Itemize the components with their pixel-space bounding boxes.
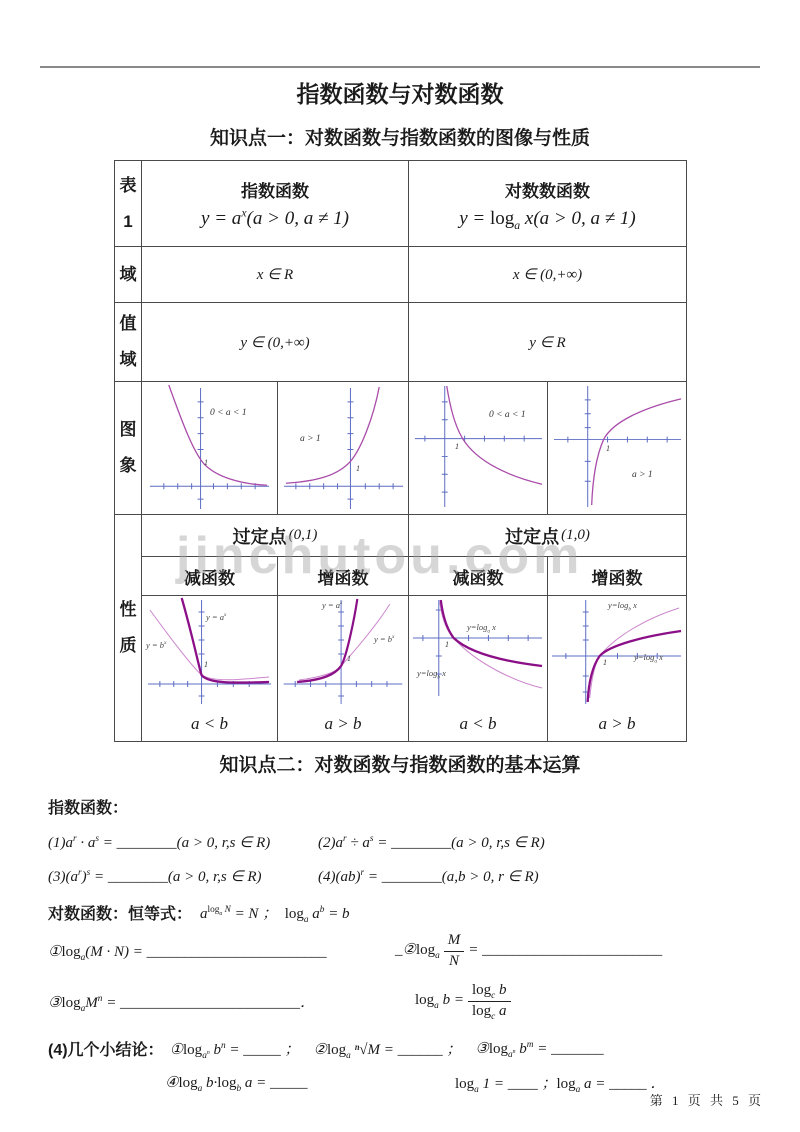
compare-caption: a < b [409,714,547,734]
curve-label-thick: y=loga x [634,652,663,662]
fixed-point-log-value: (1,0) [561,527,590,544]
conclusion-5: loga 1 = ____ ；loga a = _____ ． [455,1072,665,1093]
log-compare-plot [409,596,547,708]
fraction-denominator: N [444,952,465,970]
graph-annotation: a > 1 [300,434,321,444]
row-label-range: 值域 [114,302,141,381]
log-decreasing-plot [409,382,547,514]
log-quotient-pre: _②loga [395,942,440,958]
exp-rule-line-2: (3)(ar)s = ________(a > 0, r,s ∈ R) (4)(… [48,862,539,890]
curve-label-thick: y=loga x [467,622,496,632]
log-title: 对数数函数 [505,177,590,202]
log-domain: x ∈ (0,+∞) [408,246,686,302]
exp-domain: x ∈ R [141,246,408,302]
graph-annotation: a > 1 [632,470,653,480]
exp-compare-plot [278,596,408,708]
mono-log-decreasing: 减函数 [408,556,547,595]
graph-log-decreasing: 0 < a < 1 1 [408,381,547,514]
exp-rule-4: (4)(ab)r = ________(a,b > 0, r ∈ R) [318,867,539,886]
graph-log-compare-a-lt-b: y=loga x y=logb x 1 a < b [408,595,547,741]
fixed-point-log-cell: 过定点 (1,0) [408,514,686,556]
fraction-change-of-base: logc blogc a [468,982,511,1020]
graph-log-compare-a-gt-b: y=logb x y=loga x 1 a > b [547,595,686,741]
exp-title: 指数函数 [241,177,309,202]
compare-caption: a < b [142,714,277,734]
section1-heading: 知识点一：对数函数与指数函数的图像与性质 [0,123,800,150]
log-rule-product: ①loga(M · N) = ________________________ [48,942,395,961]
graph-exp-decreasing: 0 < a < 1 1 [141,381,277,514]
curve-label-thin: y = bx [374,634,394,644]
conclusion-1: ①logan bn = _____ ； [170,1038,300,1059]
exp-rules-heading: 指数函数： [48,795,128,818]
intercept-label: 1 [603,658,607,667]
graph-log-increasing: a > 1 1 [547,381,686,514]
change-of-base-pre: loga b = [415,992,464,1008]
intercept-label: 1 [455,442,459,451]
intercept-label: 1 [356,464,360,473]
log-range: y ∈ R [408,302,686,381]
row-label-domain: 域 [114,246,141,302]
log-header-cell: 对数数函数 y = loga x(a > 0, a ≠ 1) [408,160,686,246]
log-rules-heading: 对数函数：恒等式： [48,901,192,924]
mono-log-increasing: 增函数 [547,556,686,595]
log-rule-line-1: ①loga(M · N) = ________________________ … [48,926,662,976]
change-of-base: loga b =logc blogc a [415,982,515,1020]
page-title: 指数函数与对数函数 [0,76,800,109]
fraction-numerator: logc b [468,982,511,1001]
section2-heading: 知识点二：对数函数与指数函数的基本运算 [0,750,800,777]
graph-exp-compare-a-gt-b: y = ax y = bx 1 a > b [277,595,408,741]
conclusion-3: ③logan bm = _______ [475,1039,603,1058]
exp-rule-line-1: (1)ar · as = ________(a > 0, r,s ∈ R) (2… [48,828,545,856]
graph-annotation: 0 < a < 1 [489,410,526,420]
log-increasing-plot [548,382,686,514]
fixed-point-exp-label: 过定点 [233,523,287,549]
intercept-label: 1 [347,654,351,663]
log-identity: aloga N = N ； loga ab = b [200,902,350,923]
conclusions-line-2: ④loga b·logb a = _____ loga 1 = ____ ；lo… [165,1066,665,1098]
log-compare-plot [548,596,686,708]
conclusions-label: (4)几个小结论： [48,1037,164,1060]
mono-exp-decreasing: 减函数 [141,556,277,595]
graph-exp-compare-a-lt-b: y = ax y = bx 1 a < b [141,595,277,741]
exp-increasing-plot [278,382,408,514]
exp-header-cell: 指数函数 y = ax(a > 0, a ≠ 1) [141,160,408,246]
curve-label-thick: y = ax [322,600,342,610]
row-label-graph: 图象 [114,381,141,514]
log-formula: y = loga x(a > 0, a ≠ 1) [459,208,636,230]
curve-label-thick: y = ax [206,612,226,622]
fraction-M-N: MN [444,932,465,970]
exp-rule-1: (1)ar · as = ________(a > 0, r,s ∈ R) [48,833,318,852]
curve-label-thin: y=logb x [608,600,637,610]
exp-formula: y = ax(a > 0, a ≠ 1) [201,208,349,230]
fixed-point-log-label: 过定点 [505,523,559,549]
fixed-point-exp-cell: 过定点 (0,1) [141,514,408,556]
log-quotient-post: = ________________________ [468,942,662,958]
row-label-properties: 性质 [114,514,141,741]
fixed-point-exp-value: (0,1) [289,527,318,544]
conclusion-4: ④loga b·logb a = _____ [165,1073,455,1092]
conclusion-2: ②loga ⁿ√M = ______ ； [314,1038,462,1059]
intercept-label: 1 [606,444,610,453]
log-rule-line-2: ③logaMn = ________________________． loga… [48,974,515,1028]
exp-rule-3: (3)(ar)s = ________(a > 0, r,s ∈ R) [48,867,318,886]
page-footer: 第 1 页 共 5 页 [650,1090,764,1109]
fraction-numerator: M [444,932,465,951]
exp-rule-2: (2)ar ÷ as = ________(a > 0, r,s ∈ R) [318,833,545,852]
header-rule [40,66,760,68]
log-rule-quotient: _②logaMN= ________________________ [395,932,662,970]
compare-caption: a > b [548,714,686,734]
log-rules-line: 对数函数：恒等式： aloga N = N ； loga ab = b [48,898,350,926]
mono-exp-increasing: 增函数 [277,556,408,595]
log-rule-power: ③logaMn = ________________________． [48,991,415,1012]
compare-caption: a > b [278,714,408,734]
exp-decreasing-plot [142,382,277,514]
intercept-label: 1 [204,660,208,669]
conclusions-line: (4)几个小结论： ①logan bn = _____ ； ②loga ⁿ√M … [48,1032,618,1064]
graph-exp-increasing: a > 1 1 [277,381,408,514]
intercept-label: 1 [204,458,208,467]
row-label-table1: 表1 [114,160,141,246]
exp-range: y ∈ (0,+∞) [141,302,408,381]
knowledge-table: 表1 指数函数 y = ax(a > 0, a ≠ 1) 对数数函数 y = l… [114,160,687,742]
curve-label-thin: y=logb x [417,668,446,678]
curve-label-thin: y = bx [146,640,166,650]
graph-annotation: 0 < a < 1 [210,408,247,418]
intercept-label: 1 [445,640,449,649]
fraction-denominator: logc a [468,1002,511,1020]
